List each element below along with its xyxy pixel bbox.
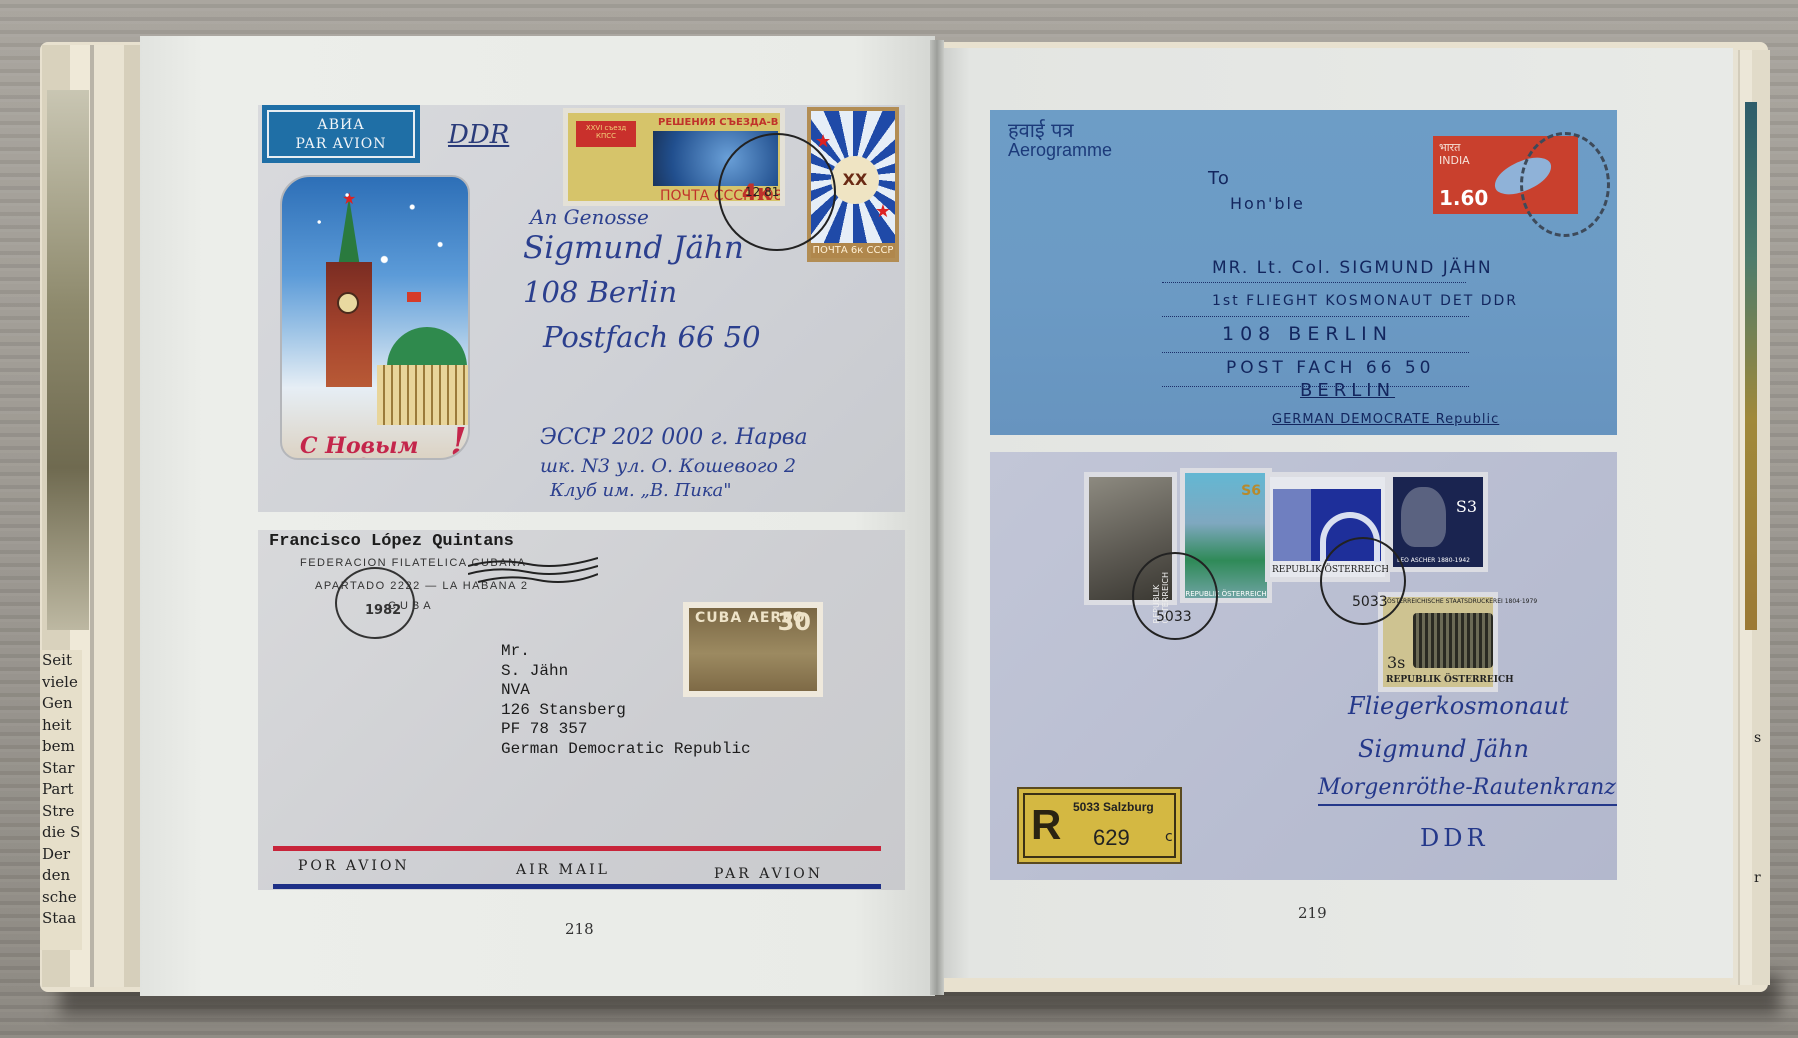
margin-fragment: r (1754, 870, 1761, 886)
airmail-text: POR AVION (298, 858, 410, 874)
margin-fragment: Part (42, 779, 82, 801)
address-line: GERMAN DEMOCRATE Republic (1272, 412, 1499, 427)
margin-fragment: die S (42, 822, 82, 844)
page-number-left: 218 (565, 920, 594, 938)
address-line: 108 Berlin (523, 275, 677, 309)
stamp-value: 30 (778, 608, 811, 636)
sender-line: ЭССР 202 000 г. Нарва (540, 425, 808, 450)
address-line: Postfach 66 50 (543, 320, 761, 354)
margin-fragment: Gen (42, 693, 82, 715)
margin-fragment: Stre (42, 801, 82, 823)
airmail-label-ru: АВИА (269, 116, 413, 135)
address-line: To (1208, 168, 1231, 189)
address-line: Fliegerkosmonaut (1348, 692, 1569, 720)
aerogramme-title-hindi: हवाई पत्र (1008, 116, 1074, 143)
address-guide-line (1162, 352, 1469, 353)
margin-fragment: Star (42, 758, 82, 780)
previous-page-text-edge: SeitvieleGenheitbemStarPartStredie SDerd… (40, 650, 82, 950)
palace-icon (377, 365, 470, 425)
margin-fragment: Der (42, 844, 82, 866)
india-aerogramme: हवाई पत्र Aerogramme भारतINDIA 1.60 To H… (990, 110, 1617, 435)
snowflakes (282, 177, 468, 327)
registration-office: 5033 Salzburg (1073, 800, 1154, 814)
margin-fragment: viele (42, 672, 82, 694)
postmark: 5033 (1320, 537, 1406, 625)
address-line: BERLIN (1300, 380, 1395, 401)
address-line: 1st FLIEGHT KOSMONAUT DET DDR (1212, 293, 1518, 309)
sender-name: Francisco López Quintans (269, 532, 514, 551)
stamp-title: РЕШЕНИЯ СЪЕЗДА-В ЖИЗНЬ! (658, 117, 785, 128)
address-line: Morgenröthe-Rautenkranz 3 (1318, 775, 1617, 806)
registration-label: R 5033 Salzburg 629 c (1017, 787, 1182, 864)
postmark: 1982 (335, 567, 415, 639)
airmail-label: АВИА PAR AVION (262, 105, 420, 163)
registration-suffix: c (1165, 829, 1173, 845)
stamp-banner: XXVI съезд КПСС (576, 121, 636, 147)
airmail-label-fr: PAR AVION (269, 135, 413, 154)
airmail-text: AIR MAIL (516, 862, 610, 878)
page-number-right: 219 (1298, 904, 1327, 922)
address-line: Sigmund Jähn (523, 230, 744, 266)
address-line: Sigmund Jähn (1358, 735, 1529, 763)
registration-number: 629 (1093, 825, 1130, 851)
dome-icon (387, 327, 467, 367)
aerogramme-title: Aerogramme (1008, 140, 1112, 161)
recipient-address: Mr. S. Jähn NVA 126 Stansberg PF 78 357 … (501, 642, 751, 759)
margin-fragment: Staa (42, 908, 82, 930)
next-page-photo-edge (1745, 102, 1757, 630)
address-line: 108 BERLIN (1222, 323, 1393, 345)
address-line: DDR (1420, 824, 1489, 852)
airmail-red-stripe (273, 846, 881, 851)
margin-fragment: s (1754, 730, 1761, 746)
sender-line: Клуб им. „В. Пика" (550, 480, 732, 501)
registration-letter: R (1031, 801, 1061, 849)
address-guide-line (1162, 282, 1466, 283)
address-line: Hon'ble (1230, 194, 1305, 213)
austria-stamp-leo-ascher: S3 LEO ASCHER 1880-1942 (1388, 472, 1488, 572)
new-year-greeting: С Новым годом ! (300, 435, 418, 460)
previous-page-photo-edge (47, 90, 89, 630)
address-guide-line (1162, 386, 1469, 387)
margin-fragment: heit (42, 715, 82, 737)
austria-registered-envelope: REPUBLIK ÖSTERREICH S6 REPUBLIK ÖSTERREI… (990, 452, 1617, 880)
destination-note: DDR (448, 120, 509, 150)
book-gutter (930, 40, 944, 995)
postmark (1520, 132, 1610, 237)
new-year-illustration: ★ С Новым годом ! (280, 175, 470, 460)
sender-line: шк. N3 ул. О. Кошевого 2 (540, 455, 796, 477)
stamp-post-label: ПОЧТА 6к СССР (811, 243, 895, 258)
cuba-envelope: Francisco López Quintans FEDERACION FILA… (258, 530, 905, 890)
airmail-blue-stripe (273, 884, 881, 889)
postmark: 5033 (1132, 552, 1218, 640)
margin-fragment: sche (42, 887, 82, 909)
margin-fragment: den (42, 865, 82, 887)
stamp-center: XX (831, 156, 879, 204)
stamp-value: 1.60 (1439, 186, 1488, 210)
address-line: POST FACH 66 50 (1226, 358, 1434, 378)
airmail-text: PAR AVION (714, 866, 823, 882)
address-guide-line (1162, 316, 1469, 317)
margin-fragment: bem (42, 736, 82, 758)
address-line: MR. Lt. Col. SIGMUND JÄHN (1212, 258, 1493, 278)
cancellation-wave-lines (468, 552, 598, 586)
ussr-envelope: АВИА PAR AVION DDR ★ С Новым годом ! XXV… (258, 105, 905, 512)
address-line: An Genosse (530, 205, 649, 229)
margin-fragment: Seit (42, 650, 82, 672)
